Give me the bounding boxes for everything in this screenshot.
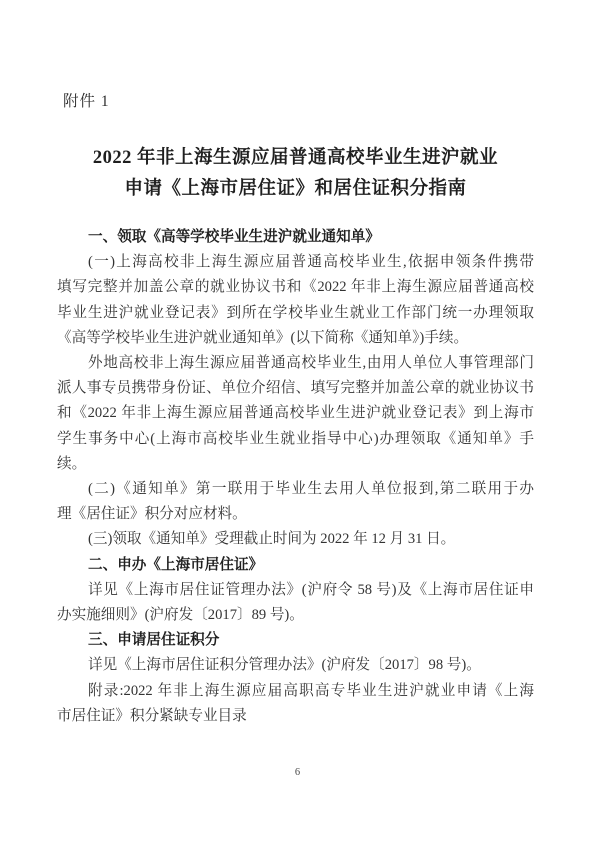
document-page: 附件 1 2022 年非上海生源应届普通高校毕业生进沪就业 申请《上海市居住证》… <box>0 0 595 842</box>
text-line: 学生事务中心(上海市高校毕业生就业指导中心)办理领取《通知单》手 <box>57 427 534 452</box>
text-line: 毕业生进沪就业登记表》到所在学校毕业生就业工作部门统一办理领取 <box>57 301 534 326</box>
text-line: 附录:2022 年非上海生源应届高职高专毕业生进沪就业申请《上海 <box>57 679 534 704</box>
document-title-line1: 2022 年非上海生源应届普通高校毕业生进沪就业 <box>57 143 534 174</box>
text-line: 填写完整并加盖公章的就业协议书和《2022 年非上海生源应届普通高校 <box>57 275 534 300</box>
text-line: 三、申请居住证积分 <box>57 628 534 653</box>
text-line: 续。 <box>57 452 534 477</box>
text-line: 办实施细则》(沪府发〔2017〕89 号)。 <box>57 603 534 628</box>
page-number: 6 <box>0 767 595 778</box>
attachment-label: 附件 1 <box>63 92 110 112</box>
text-line: 市居住证》积分紧缺专业目录 <box>57 704 534 729</box>
text-line: (一)上海高校非上海生源应届普通高校毕业生,依据申领条件携带 <box>57 250 534 275</box>
text-line: (三)领取《通知单》受理截止时间为 2022 年 12 月 31 日。 <box>57 527 534 552</box>
document-title: 2022 年非上海生源应届普通高校毕业生进沪就业 申请《上海市居住证》和居住证积… <box>57 143 534 205</box>
text-line: 《高等学校毕业生进沪就业通知单》(以下简称《通知单》)手续。 <box>57 326 534 351</box>
text-line: 派人事专员携带身份证、单位介绍信、填写完整并加盖公章的就业协议书 <box>57 376 534 401</box>
text-line: 理《居住证》积分对应材料。 <box>57 502 534 527</box>
text-line: 外地高校非上海生源应届普通高校毕业生,由用人单位人事管理部门 <box>57 351 534 376</box>
document-title-line2: 申请《上海市居住证》和居住证积分指南 <box>57 174 534 205</box>
text-line: 二、申办《上海市居住证》 <box>57 553 534 578</box>
text-line: 详见《上海市居住证积分管理办法》(沪府发〔2017〕98 号)。 <box>57 653 534 678</box>
text-line: (二)《通知单》第一联用于毕业生去用人单位报到,第二联用于办 <box>57 477 534 502</box>
text-line: 一、领取《高等学校毕业生进沪就业通知单》 <box>57 225 534 250</box>
text-line: 详见《上海市居住证管理办法》(沪府令 58 号)及《上海市居住证申 <box>57 578 534 603</box>
document-body: 一、领取《高等学校毕业生进沪就业通知单》(一)上海高校非上海生源应届普通高校毕业… <box>57 225 534 729</box>
text-line: 和《2022 年非上海生源应届普通高校毕业生进沪就业登记表》到上海市 <box>57 401 534 426</box>
